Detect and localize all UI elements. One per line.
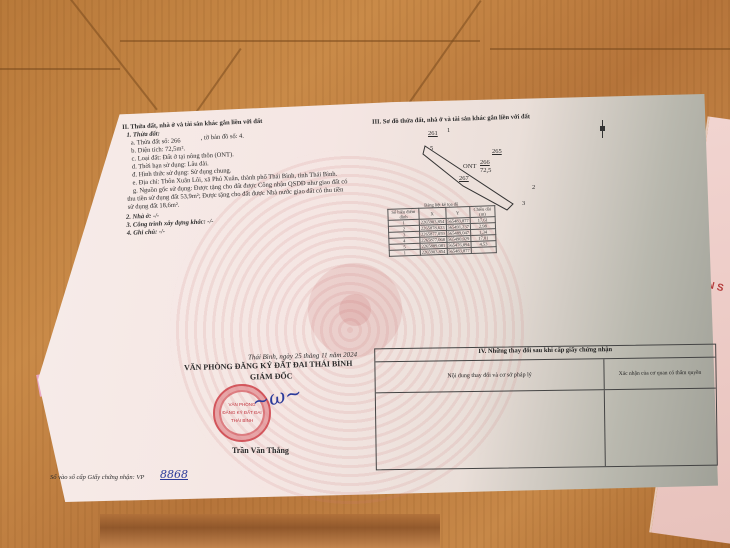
neighbor-265: 265: [492, 148, 502, 156]
registry-label: Số vào sổ cấp Giấy chứng nhận: VP: [50, 474, 144, 482]
signer-role: GIÁM ĐỐC: [250, 372, 293, 381]
changes-col-confirmation: Xác nhận của cơ quan có thẩm quyền: [604, 358, 715, 390]
parcel-area-label: 72,5: [480, 167, 491, 175]
floor-seam: [0, 68, 120, 70]
floor-seam: [400, 0, 482, 116]
floor-border: [100, 514, 440, 548]
neighbor-267: 267: [459, 175, 469, 183]
vertex-5: 5: [430, 145, 433, 153]
floor-seam: [70, 0, 158, 110]
parcel-number-label: 266: [480, 159, 490, 167]
vertex-3: 3: [522, 200, 525, 208]
col-length: Chiều dài (m): [470, 206, 495, 218]
coordinate-table: Bảng liệt kê tọa độ Số hiệu điểm đỉnh X …: [387, 200, 497, 257]
vertex-2: 2: [532, 184, 535, 192]
floor-seam: [490, 48, 730, 50]
vertex-1: 1: [447, 127, 450, 135]
neighbor-261: 261: [428, 130, 438, 138]
col-y: Y: [445, 207, 470, 219]
signer-name: Trần Văn Thắng: [232, 447, 289, 455]
changes-col-content: Nội dung thay đổi và cơ sở pháp lý: [375, 359, 604, 392]
parcel-label: ONT: [463, 163, 476, 171]
changes-table: IV. Những thay đổi sau khi cấp giấy chứn…: [374, 344, 718, 471]
registry-number: 8868: [160, 468, 188, 481]
north-arrow-icon: [602, 120, 603, 138]
floor-seam: [120, 40, 480, 42]
notes: 4. Ghi chú: -/-: [127, 228, 166, 238]
floor-seam: [194, 48, 242, 115]
